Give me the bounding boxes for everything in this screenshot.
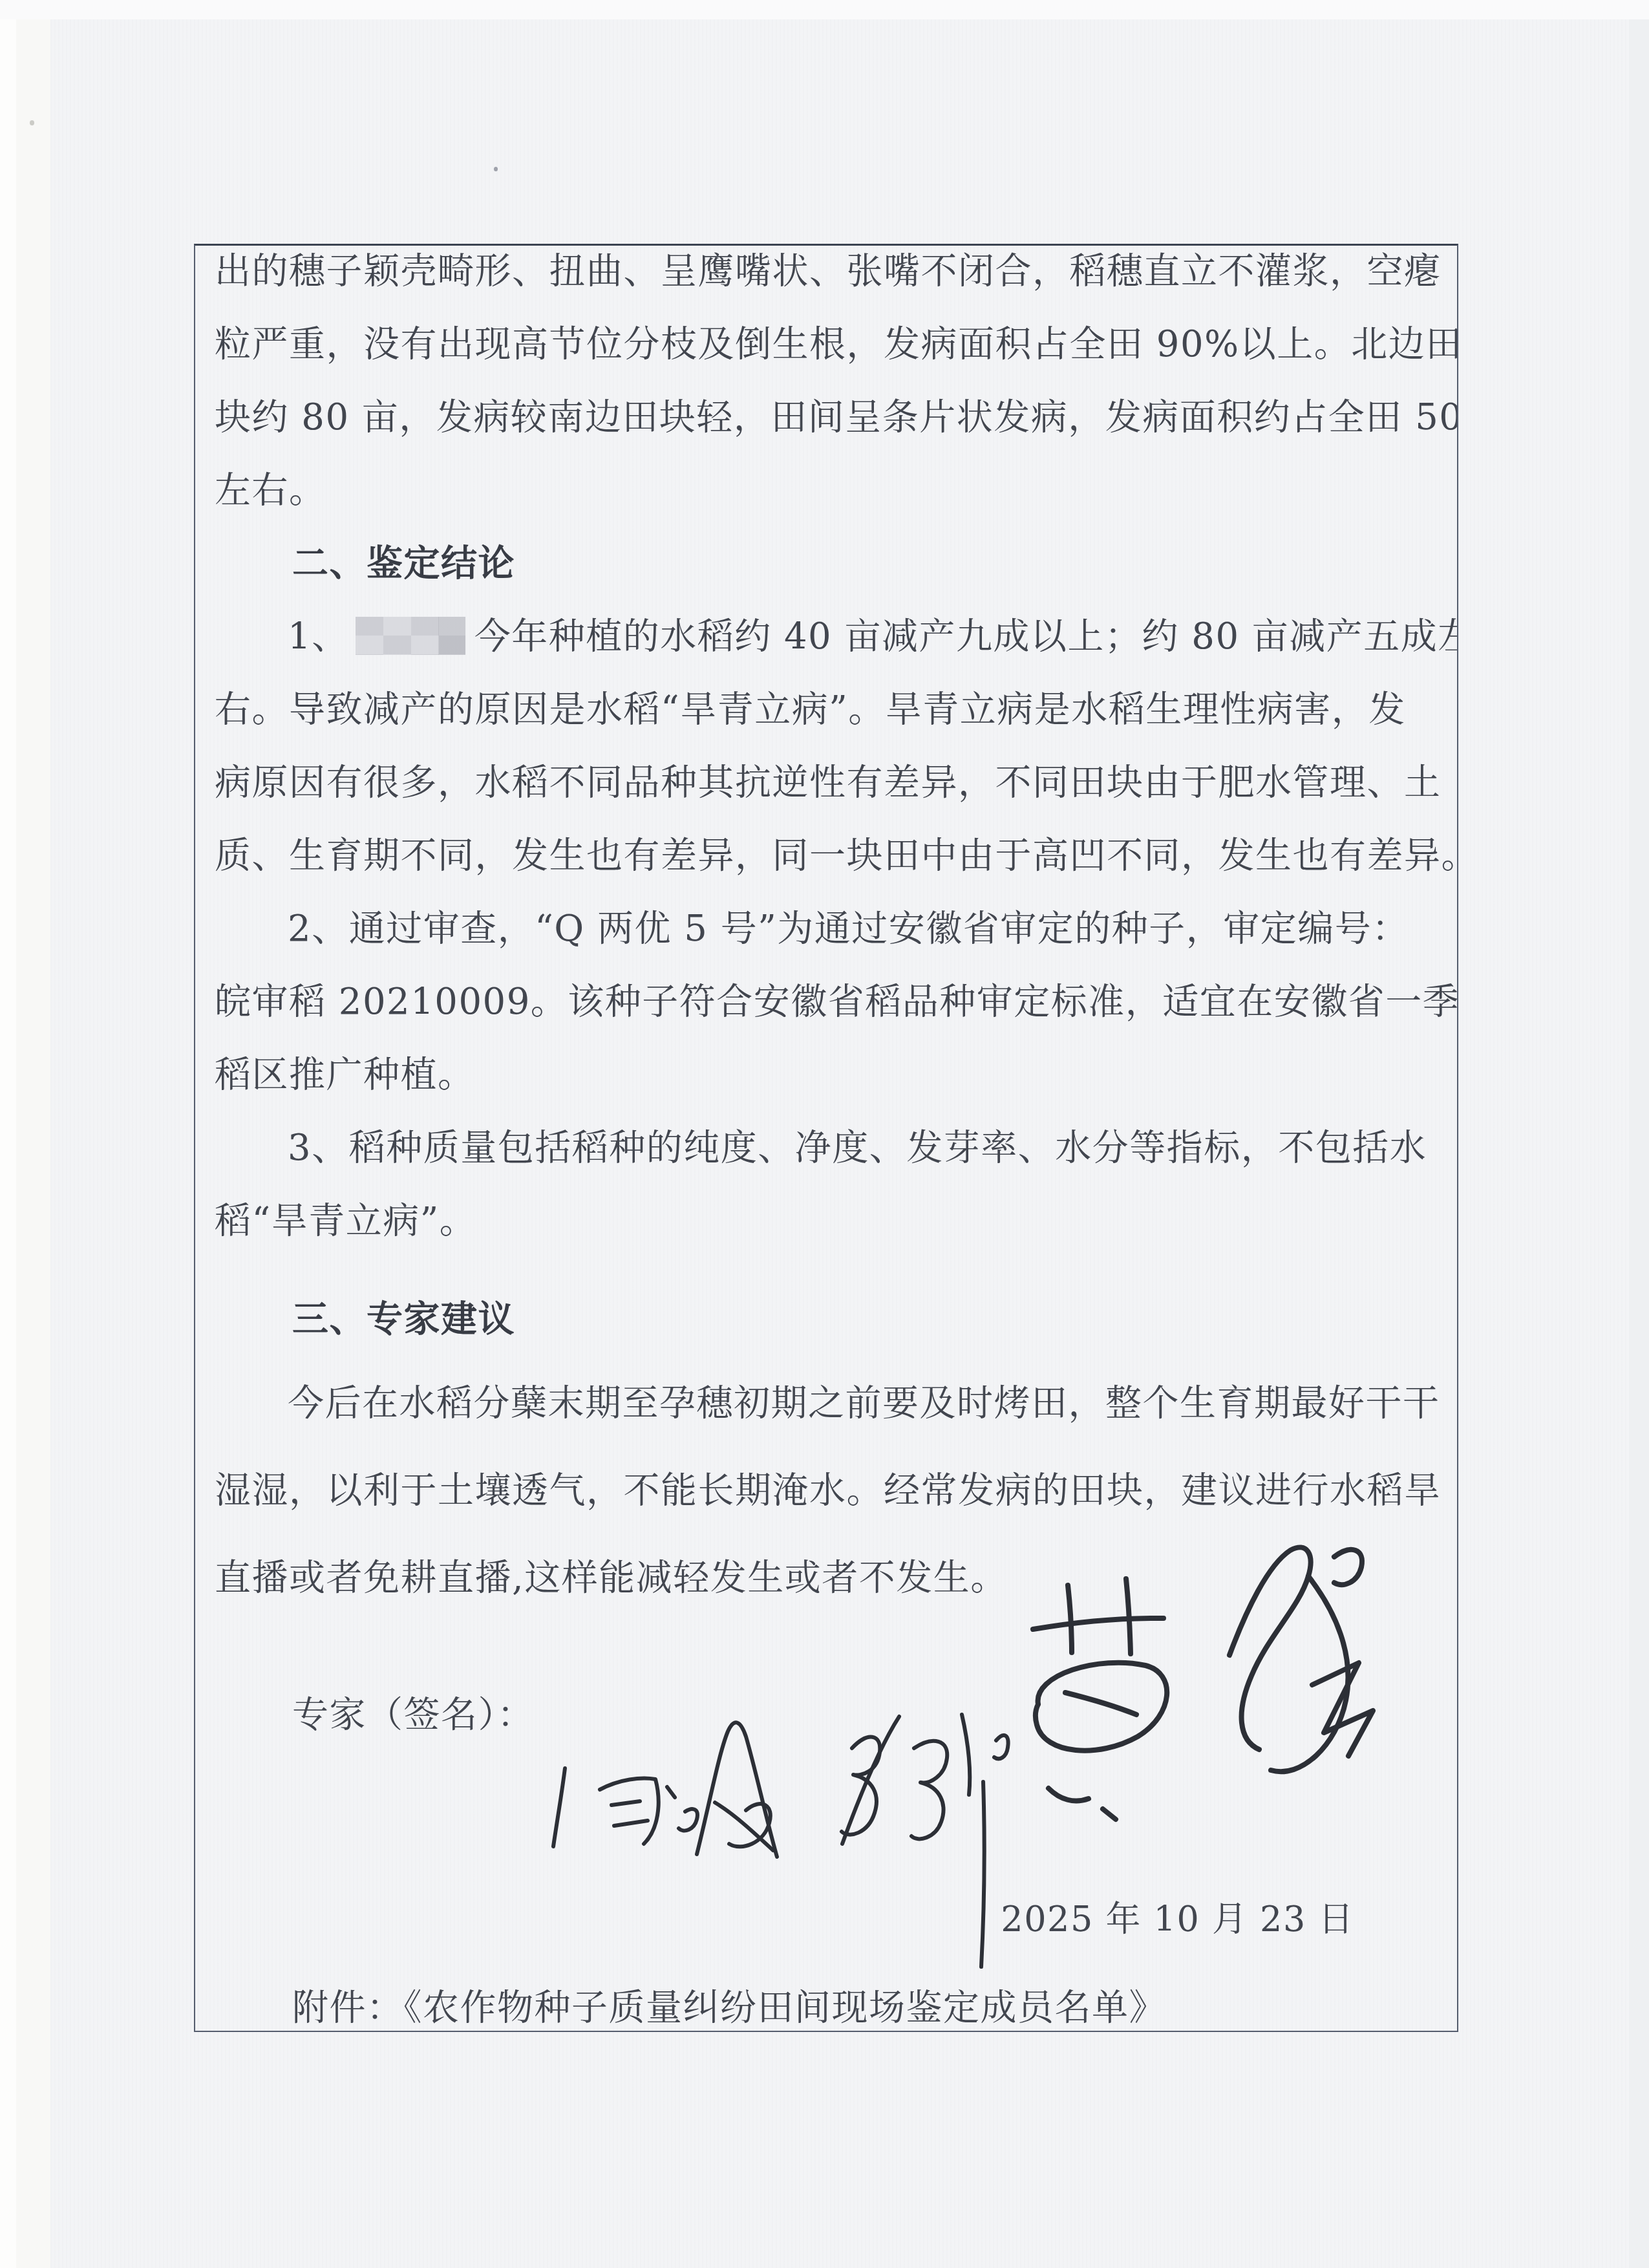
section-2-heading: 二、鉴定结论 (215, 527, 1443, 600)
body-line-item-1: 1、今年种植的水稻约 40 亩减产九成以上；约 80 亩减产五成左 (215, 600, 1443, 673)
section-3-heading: 三、专家建议 (215, 1283, 1443, 1356)
list-number-1: 1、 (288, 615, 349, 658)
body-line: 块约 80 亩，发病较南边田块轻，田间呈条片状发病，发病面积约占全田 50% (215, 381, 1443, 454)
document-date: 2025 年 10 月 23 日 (215, 1883, 1443, 1956)
scan-left-margin (0, 0, 16, 2268)
body-line: 右。导致减产的原因是水稻“旱青立病”。旱青立病是水稻生理性病害，发 (215, 673, 1443, 746)
scan-right-shadow-band (1629, 0, 1649, 2268)
body-line: 出的穗子颖壳畸形、扭曲、呈鹰嘴状、张嘴不闭合，稻穗直立不灌浆，空瘪 (215, 244, 1443, 308)
scan-speck (494, 167, 498, 171)
body-line: 左右。 (215, 454, 1443, 527)
body-line: 粒严重，没有出现高节位分枝及倒生根，发病面积占全田 90%以上。北边田 (215, 308, 1443, 381)
scan-top-band (0, 0, 1649, 19)
body-line: 湿湿，以利于土壤透气，不能长期淹水。经常发病的田块，建议进行水稻旱 (215, 1447, 1443, 1534)
body-line-fragment: 今年种植的水稻约 40 亩减产九成以上；约 80 亩减产五成左 (474, 615, 1458, 658)
body-line: 稻区推广种植。 (215, 1038, 1443, 1111)
body-line-item-2: 2、通过审查，“Q 两优 5 号”为通过安徽省审定的种子，审定编号： (215, 892, 1443, 965)
scan-left-shadow-band (16, 0, 50, 2268)
expert-signature-label: 专家（签名）： (215, 1678, 1443, 1751)
body-line-item-3: 3、稻种质量包括稻种的纯度、净度、发芽率、水分等指标，不包括水 (215, 1111, 1443, 1184)
redaction-block (356, 617, 465, 655)
body-line: 直播或者免耕直播,这样能减轻发生或者不发生。 (215, 1534, 1443, 1621)
body-line: 今后在水稻分蘖末期至孕穗初期之前要及时烤田，整个生育期最好干干 (215, 1360, 1443, 1447)
document-border-box: 出的穗子颖壳畸形、扭曲、呈鹰嘴状、张嘴不闭合，稻穗直立不灌浆，空瘪 粒严重，没有… (194, 244, 1458, 2032)
attachment-note: 附件：《农作物种子质量纠纷田间现场鉴定成员名单》 (215, 1971, 1443, 2032)
body-line: 稻“旱青立病”。 (215, 1184, 1443, 1257)
scanned-document-page: 出的穗子颖壳畸形、扭曲、呈鹰嘴状、张嘴不闭合，稻穗直立不灌浆，空瘪 粒严重，没有… (0, 0, 1649, 2268)
body-line: 质、生育期不同，发生也有差异，同一块田中由于高凹不同，发生也有差异。 (215, 819, 1443, 892)
body-line: 病原因有很多，水稻不同品种其抗逆性有差异，不同田块由于肥水管理、土 (215, 746, 1443, 819)
body-line: 皖审稻 20210009。该种子符合安徽省稻品种审定标准，适宜在安徽省一季 (215, 965, 1443, 1038)
scan-speck (30, 120, 34, 125)
